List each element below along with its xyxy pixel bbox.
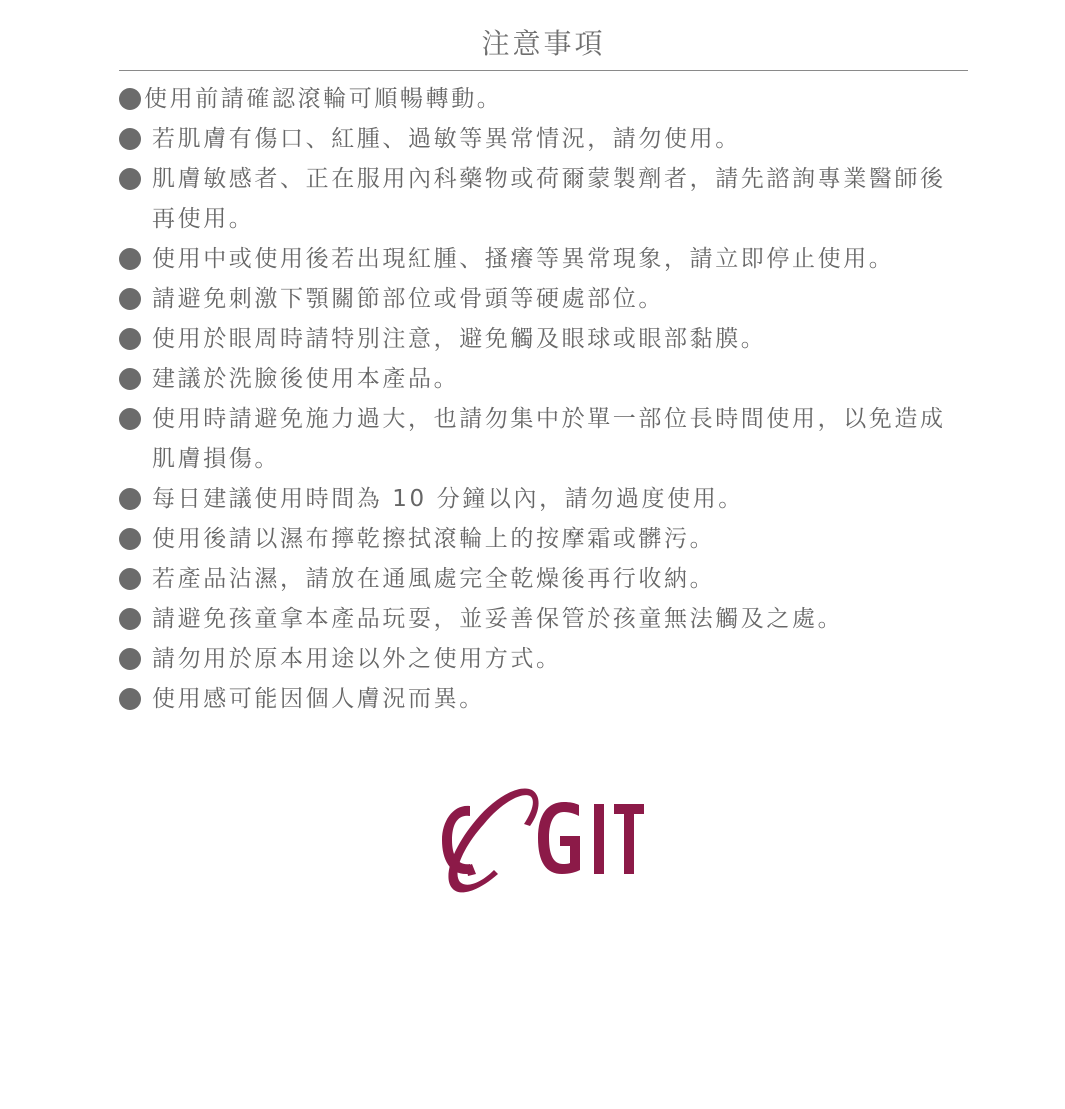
note-text: 使用前請確認滾輪可順暢轉動。 [144,86,502,112]
bullet-icon [119,128,141,150]
bullet-icon [119,408,141,430]
list-item: 若產品沾濕，請放在通風處完全乾燥後再行收納。 [119,559,968,599]
notes-list: 使用前請確認滾輪可順暢轉動。 若肌膚有傷口、紅腫、過敏等異常情況，請勿使用。 肌… [119,79,968,719]
bullet-icon [119,488,141,510]
list-item: 使用前請確認滾輪可順暢轉動。 [119,79,968,119]
list-item: 請避免刺激下顎關節部位或骨頭等硬處部位。 [119,279,968,319]
note-text: 肌膚敏感者、正在服用內科藥物或荷爾蒙製劑者，請先諮詢專業醫師後再使用。 [152,166,946,232]
bullet-icon [119,368,141,390]
notice-section: 注意事項 使用前請確認滾輪可順暢轉動。 若肌膚有傷口、紅腫、過敏等異常情況，請勿… [119,0,968,719]
list-item: 使用感可能因個人膚況而異。 [119,679,968,719]
bullet-icon [119,168,141,190]
note-text: 使用於眼周時請特別注意，避免觸及眼球或眼部黏膜。 [152,326,766,352]
list-item: 使用後請以濕布擰乾擦拭滾輪上的按摩霜或髒污。 [119,519,968,559]
list-item: 肌膚敏感者、正在服用內科藥物或荷爾蒙製劑者，請先諮詢專業醫師後再使用。 [119,159,968,239]
bullet-icon [119,608,141,630]
note-text: 請避免孩童拿本產品玩耍，並妥善保管於孩童無法觸及之處。 [152,606,843,632]
note-text: 建議於洗臉後使用本產品。 [152,366,459,392]
note-text: 使用時請避免施力過大，也請勿集中於單一部位長時間使用，以免造成肌膚損傷。 [152,406,946,472]
list-item: 若肌膚有傷口、紅腫、過敏等異常情況，請勿使用。 [119,119,968,159]
bullet-icon [119,568,141,590]
note-text: 使用後請以濕布擰乾擦拭滾輪上的按摩霜或髒污。 [152,526,715,552]
cogit-logo-icon [436,784,646,896]
list-item: 建議於洗臉後使用本產品。 [119,359,968,399]
list-item: 使用於眼周時請特別注意，避免觸及眼球或眼部黏膜。 [119,319,968,359]
bullet-icon [119,288,141,310]
bullet-icon [119,528,141,550]
list-item: 請避免孩童拿本產品玩耍，並妥善保管於孩童無法觸及之處。 [119,599,968,639]
bullet-icon [119,328,141,350]
list-item: 使用中或使用後若出現紅腫、搔癢等異常現象，請立即停止使用。 [119,239,968,279]
bullet-icon [119,248,141,270]
note-text: 若肌膚有傷口、紅腫、過敏等異常情況，請勿使用。 [152,126,741,152]
bullet-icon [119,648,141,670]
list-item: 請勿用於原本用途以外之使用方式。 [119,639,968,679]
title-divider [119,70,968,71]
note-text: 請避免刺激下顎關節部位或骨頭等硬處部位。 [152,286,664,312]
bullet-icon [119,88,141,110]
note-text: 若產品沾濕，請放在通風處完全乾燥後再行收納。 [152,566,715,592]
note-text: 每日建議使用時間為 10 分鐘以內，請勿過度使用。 [152,486,744,512]
bullet-icon [119,688,141,710]
note-text: 使用感可能因個人膚況而異。 [152,686,485,712]
note-text: 使用中或使用後若出現紅腫、搔癢等異常現象，請立即停止使用。 [152,246,894,272]
list-item: 每日建議使用時間為 10 分鐘以內，請勿過度使用。 [119,479,968,519]
list-item: 使用時請避免施力過大，也請勿集中於單一部位長時間使用，以免造成肌膚損傷。 [119,399,968,479]
cogit-logo [436,784,646,896]
page-title: 注意事項 [119,0,968,70]
note-text: 請勿用於原本用途以外之使用方式。 [152,646,562,672]
